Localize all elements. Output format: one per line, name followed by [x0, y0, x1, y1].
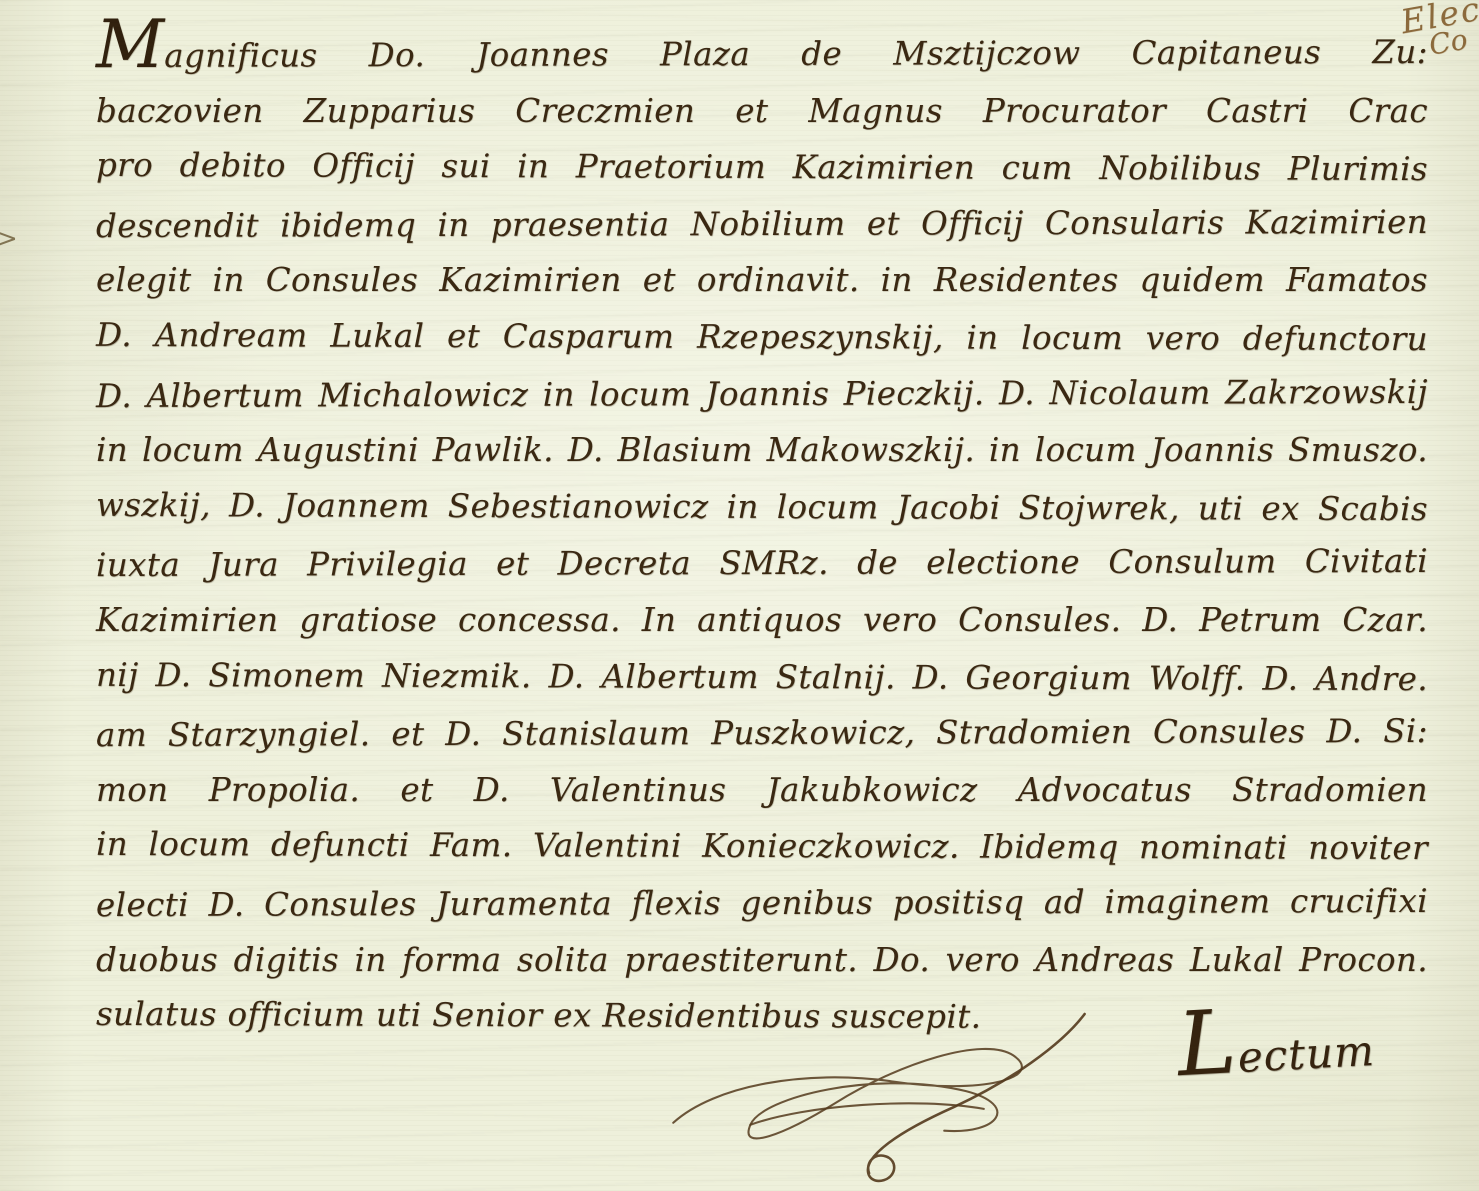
manuscript-line: pro debito Officij sui in Praetorium Kaz… [96, 137, 1428, 198]
manuscript-page: Elect Co > Magnificus Do. Joannes Plaza … [0, 0, 1479, 1191]
manuscript-line: elegit in Consules Kazimirien et ordinav… [96, 252, 1428, 309]
edge-mark: > [0, 224, 18, 254]
manuscript-line: in locum Augustini Pawlik. D. Blasium Ma… [96, 422, 1428, 479]
manuscript-line: baczovien Zupparius Creczmien et Magnus … [96, 83, 1428, 140]
manuscript-line: in locum defuncti Fam. Valentini Koniecz… [96, 816, 1428, 877]
closing-word: Lectum [1177, 1017, 1376, 1085]
manuscript-line: iuxta Jura Privilegia et Decreta SMRz. d… [96, 533, 1428, 594]
manuscript-text-block: Magnificus Do. Joannes Plaza de Msztijcz… [96, 26, 1428, 1045]
manuscript-line: electi D. Consules Juramenta flexis geni… [96, 873, 1428, 934]
manuscript-line: Kazimirien gratiose concessa. In antiquo… [96, 592, 1428, 649]
paraph-flourish-icon [655, 1012, 1095, 1190]
manuscript-line: nij D. Simonem Niezmik. D. Albertum Stal… [96, 646, 1428, 707]
manuscript-line: D. Andream Lukal et Casparum Rzepeszynsk… [96, 307, 1428, 368]
manuscript-line: descendit ibidemq in praesentia Nobilium… [96, 194, 1428, 255]
manuscript-line: duobus digitis in forma solita praestite… [96, 932, 1428, 989]
manuscript-line: wszkij, D. Joannem Sebestianowicz in loc… [96, 477, 1428, 538]
manuscript-line: Magnificus Do. Joannes Plaza de Msztijcz… [96, 24, 1428, 85]
manuscript-line: am Starzyngiel. et D. Stanislaum Puszkow… [96, 703, 1428, 764]
manuscript-line: D. Albertum Michalowicz in locum Joannis… [96, 363, 1428, 424]
manuscript-line: mon Propolia. et D. Valentinus Jakubkowi… [96, 762, 1428, 819]
